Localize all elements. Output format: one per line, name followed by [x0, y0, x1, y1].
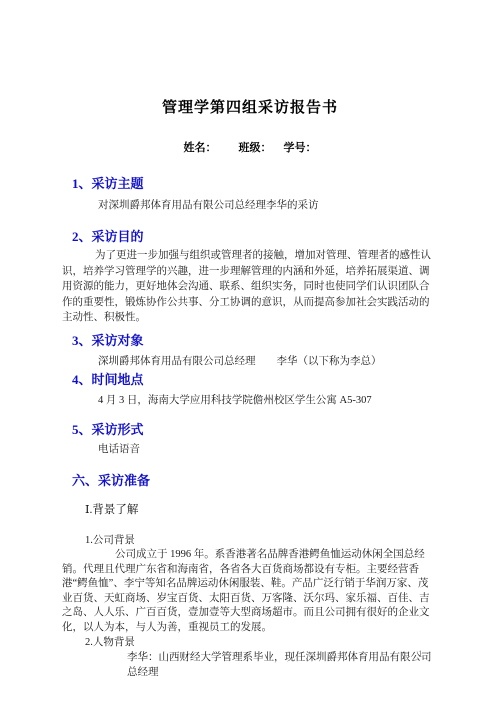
section-heading-target: 3、采访对象: [72, 333, 438, 349]
name-label: 姓名：: [184, 141, 217, 155]
prep-sub-heading-background: Ⅰ.背景了解: [85, 503, 438, 518]
section-heading-purpose: 2、采访目的: [72, 229, 438, 245]
document-content: 管理学第四组采访报告书 姓名： 班级： 学号： 1、采访主题 对深圳爵邦体育用品…: [62, 99, 438, 680]
section-body-time-place: 4 月 3 日，海南大学应用科技学院儋州校区学生公寓 A5-307: [62, 393, 438, 408]
section-heading-form: 5、采访形式: [72, 422, 438, 438]
person-background-text: 李华：山西财经大学管理系毕业，现任深圳爵邦体育用品有限公司总经理: [127, 651, 438, 680]
section-heading-topic: 1、采访主题: [72, 176, 438, 192]
section-body-form: 电话语音: [62, 442, 438, 457]
class-label: 班级：: [239, 141, 272, 155]
company-background-label: 1.公司背景: [85, 534, 438, 549]
company-background-paragraph: 公司成立于 1996 年。系香港著名品牌香港鳄鱼恤运动休闲全国总经销。代理且代理…: [62, 548, 438, 636]
document-page: 管理学第四组采访报告书 姓名： 班级： 学号： 1、采访主题 对深圳爵邦体育用品…: [0, 0, 500, 707]
page-number: 1: [418, 649, 423, 661]
student-id-label: 学号：: [284, 141, 317, 155]
section-body-purpose: 为了更进一步加强与组织或管理者的接触，增加对管理、管理者的感性认识，培养学习管理…: [62, 248, 438, 326]
byline: 姓名： 班级： 学号：: [62, 141, 438, 155]
person-background-label: 2.人物背景: [85, 636, 438, 651]
section-heading-preparation: 六、采访准备: [72, 473, 438, 489]
section-heading-time-place: 4、时间地点: [72, 372, 438, 388]
page-title: 管理学第四组采访报告书: [62, 99, 438, 117]
section-body-topic: 对深圳爵邦体育用品有限公司总经理李华的采访: [62, 198, 438, 213]
section-body-target: 深圳爵邦体育用品有限公司总经理 李华（以下称为李总）: [62, 354, 438, 369]
